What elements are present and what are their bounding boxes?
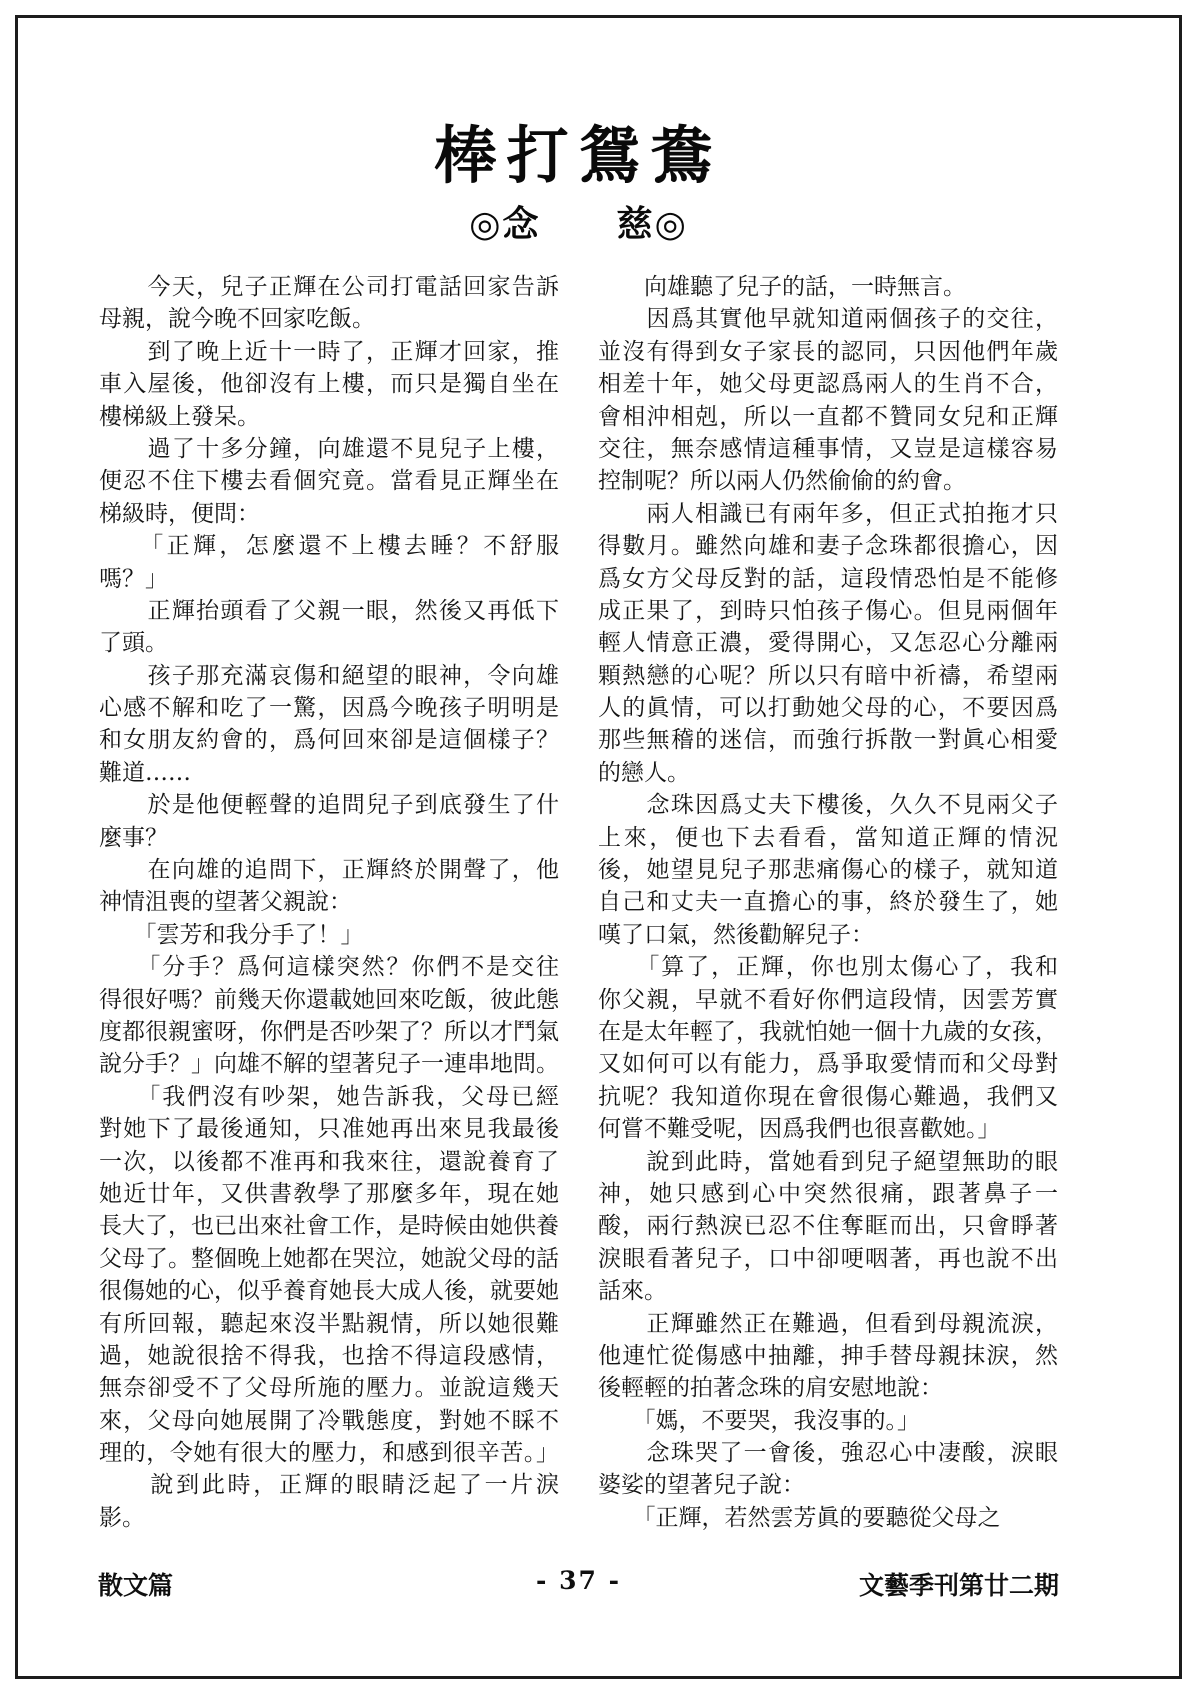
text-line: 向雄聽了兒子的話，一時無言。	[598, 271, 1058, 303]
text-line: 理的，令她有很大的壓力，和感到很辛苦。」	[99, 1437, 559, 1469]
text-line: 得數月。雖然向雄和妻子念珠都很擔心，因	[598, 530, 1058, 562]
text-line: 父母了。整個晚上她都在哭泣，她說父母的話	[99, 1243, 559, 1275]
text-line: 那些無稽的迷信，而強行拆散一對眞心相愛	[598, 724, 1058, 756]
text-line: 於是他便輕聲的追問兒子到底發生了什	[99, 789, 559, 821]
text-line: 得很好嗎？前幾天你還載她回來吃飯，彼此態	[99, 984, 559, 1016]
text-line: 兩人相識已有兩年多，但正式拍拖才只	[598, 498, 1058, 530]
text-line: 「算了，正輝，你也別太傷心了，我和	[598, 951, 1058, 983]
text-line: 相差十年，她父母更認爲兩人的生肖不合，	[598, 368, 1058, 400]
text-column-right: 向雄聽了兒子的話，一時無言。 因爲其實他早就知道兩個孩子的交往，並沒有得到女子家…	[598, 271, 1058, 1534]
text-line: 後輕輕的拍著念珠的肩安慰地說：	[598, 1372, 1058, 1404]
text-line: 樓梯級上發呆。	[99, 401, 559, 433]
text-line: 今天，兒子正輝在公司打電話回家告訴	[99, 271, 559, 303]
text-line: 在向雄的追問下，正輝終於開聲了，他	[99, 854, 559, 886]
text-line: 車入屋後，他卻沒有上樓，而只是獨自坐在	[99, 368, 559, 400]
text-line: 神情沮喪的望著父親說：	[99, 886, 559, 918]
text-line: 念珠因爲丈夫下樓後，久久不見兩父子	[598, 789, 1058, 821]
text-line: 上來，便也下去看看，當知道正輝的情況	[598, 822, 1058, 854]
text-line: 他連忙從傷感中抽離，抻手替母親抹淚，然	[598, 1340, 1058, 1372]
text-line: 長大了，也已出來社會工作，是時候由她供養	[99, 1210, 559, 1242]
page-footer: 散文篇 - 37 - 文藝季刊第廿二期	[98, 1566, 1059, 1600]
text-line: 母親，說今晚不回家吃飯。	[99, 303, 559, 335]
text-line: 自己和丈夫一直擔心的事，終於發生了，她	[598, 886, 1058, 918]
text-line: 無奈卻受不了父母所施的壓力。並說這幾天	[99, 1372, 559, 1404]
text-line: 爲女方父母反對的話，這段情恐怕是不能修	[598, 563, 1058, 595]
text-line: 抗呢？我知道你現在會很傷心難過，我們又	[598, 1081, 1058, 1113]
text-line: 她近廿年，又供書敎學了那麼多年，現在她	[99, 1178, 559, 1210]
text-line: 心感不解和吃了一驚，因爲今晚孩子明明是	[99, 692, 559, 724]
text-line: 的戀人。	[598, 757, 1058, 789]
text-line: 嘆了口氣，然後勸解兒子：	[598, 919, 1058, 951]
text-line: 有所回報，聽起來沒半點親情，所以她很難	[99, 1308, 559, 1340]
text-line: 「雲芳和我分手了！」	[99, 919, 559, 951]
article-author: ◎念 慈◎	[98, 196, 1059, 247]
text-column-left: 今天，兒子正輝在公司打電話回家告訴母親，說今晚不回家吃飯。 到了晚上近十一時了，…	[99, 271, 559, 1534]
text-line: 婆娑的望著兒子說：	[598, 1469, 1058, 1501]
text-line: 嗎？」	[99, 563, 559, 595]
text-line: 交往，無奈感情這種事情，又豈是這樣容易	[598, 433, 1058, 465]
text-line: 念珠哭了一會後，強忍心中凄酸，淚眼	[598, 1437, 1058, 1469]
article-title: 棒打鴛鴦	[98, 106, 1059, 195]
text-line: 在是太年輕了，我就怕她一個十九歲的女孩，	[598, 1016, 1058, 1048]
text-line: 輕人情意正濃，愛得開心，又怎忍心分離兩	[598, 627, 1058, 659]
text-line: 控制呢？所以兩人仍然偷偷的約會。	[598, 465, 1058, 497]
text-line: 說到此時，當她看到兒子絕望無助的眼	[598, 1146, 1058, 1178]
text-line: 「正輝，若然雲芳眞的要聽從父母之	[598, 1502, 1058, 1534]
footer-issue-label: 文藝季刊第廿二期	[859, 1566, 1059, 1602]
text-line: 過，她說很捨不得我，也捨不得這段感情，	[99, 1340, 559, 1372]
text-line: 「媽，不要哭，我沒事的。」	[598, 1405, 1058, 1437]
text-line: 說到此時，正輝的眼睛泛起了一片淚	[99, 1469, 559, 1501]
text-line: 來，父母向她展開了冷戰態度，對她不睬不	[99, 1405, 559, 1437]
text-line: 很傷她的心，似乎養育她長大成人後，就要她	[99, 1275, 559, 1307]
text-line: 和女朋友約會的，爲何回來卻是這個樣子？	[99, 724, 559, 756]
text-line: 孩子那充滿哀傷和絕望的眼神，令向雄	[99, 660, 559, 692]
text-line: 人的眞情，可以打動她父母的心，不要因爲	[598, 692, 1058, 724]
text-line: 正輝抬頭看了父親一眼，然後又再低下	[99, 595, 559, 627]
text-line: 「正輝，怎麼還不上樓去睡？不舒服	[99, 530, 559, 562]
text-line: 梯級時，便問：	[99, 498, 559, 530]
text-line: 後，她望見兒子那悲痛傷心的樣子，就知道	[598, 854, 1058, 886]
text-line: 了頭。	[99, 627, 559, 659]
text-line: 並沒有得到女子家長的認同，只因他們年歲	[598, 336, 1058, 368]
text-line: 成正果了，到時只怕孩子傷心。但見兩個年	[598, 595, 1058, 627]
text-line: 度都很親蜜呀，你們是否吵架了？所以才鬥氣	[99, 1016, 559, 1048]
text-line: 正輝雖然正在難過，但看到母親流淚，	[598, 1308, 1058, 1340]
text-line: 因爲其實他早就知道兩個孩子的交往，	[598, 303, 1058, 335]
text-line: 說分手？」向雄不解的望著兒子一連串地問。	[99, 1048, 559, 1080]
text-line: 一次，以後都不准再和我來往，還說養育了	[99, 1146, 559, 1178]
text-line: 對她下了最後通知，只准她再出來見我最後	[99, 1113, 559, 1145]
text-line: 過了十多分鐘，向雄還不見兒子上樓，	[99, 433, 559, 465]
text-line: 難道……	[99, 757, 559, 789]
text-line: 神，她只感到心中突然很痛，跟著鼻子一	[598, 1178, 1058, 1210]
text-line: 酸，兩行熱淚已忍不住奪眶而出，只會睜著	[598, 1210, 1058, 1242]
text-line: 你父親，早就不看好你們這段情，因雲芳實	[598, 984, 1058, 1016]
text-line: 何嘗不難受呢，因爲我們也很喜歡她。」	[598, 1113, 1058, 1145]
text-line: 麼事？	[99, 822, 559, 854]
scanned-magazine-page: 棒打鴛鴦 ◎念 慈◎ 今天，兒子正輝在公司打電話回家告訴母親，說今晚不回家吃飯。…	[0, 0, 1200, 1697]
text-line: 顆熱戀的心呢？所以只有暗中祈禱，希望兩	[598, 660, 1058, 692]
text-line: 淚眼看著兒子，口中卻哽咽著，再也說不出	[598, 1243, 1058, 1275]
text-line: 「分手？爲何這樣突然？你們不是交往	[99, 951, 559, 983]
text-line: 「我們沒有吵架，她告訴我，父母已經	[99, 1081, 559, 1113]
text-line: 影。	[99, 1502, 559, 1534]
text-line: 又如何可以有能力，爲爭取愛情而和父母對	[598, 1048, 1058, 1080]
text-line: 話來。	[598, 1275, 1058, 1307]
text-line: 到了晚上近十一時了，正輝才回家，推	[99, 336, 559, 368]
text-line: 便忍不住下樓去看個究竟。當看見正輝坐在	[99, 465, 559, 497]
text-line: 會相沖相剋，所以一直都不贊同女兒和正輝	[598, 401, 1058, 433]
